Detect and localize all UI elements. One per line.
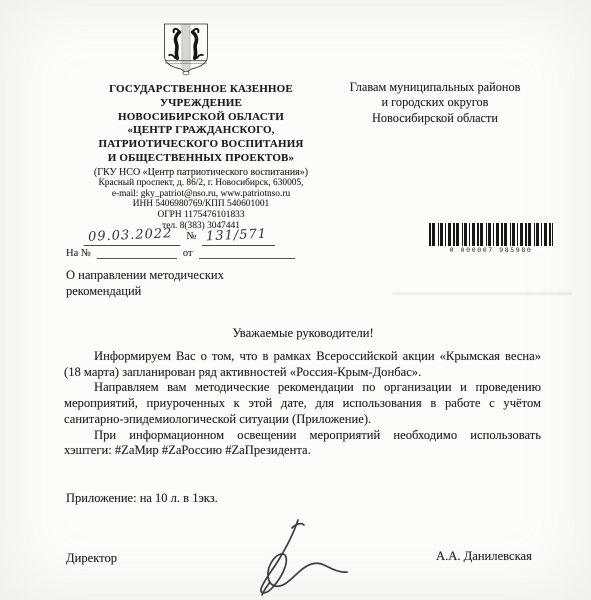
handwritten-signature-icon (240, 516, 350, 600)
subject-line: рекомендаций (66, 284, 286, 300)
org-inn-kpp: ИНН 5406980769/КПП 540601001 (38, 199, 364, 210)
salutation: Уважаемые руководители! (64, 326, 542, 341)
org-name-line: «ЦЕНТР ГРАЖДАНСКОГО, (38, 124, 364, 138)
body-paragraph-1: Информируем Вас о том, что в рамках Всер… (64, 349, 541, 380)
registration-barcode: 0 000007 985980 (429, 223, 553, 254)
org-name-line: И ОБЩЕСТВЕННЫХ ПРОЕКТОВ» (38, 152, 364, 166)
novosibirsk-coat-of-arms-icon (162, 21, 210, 77)
org-name-line: НОВОСИБИРСКОЙ ОБЛАСТИ (38, 111, 364, 125)
org-name-line: ПАТРИОТИЧЕСКОГО ВОСПИТАНИЯ (38, 138, 364, 152)
scanned-letter-page: ГОСУДАРСТВЕННОЕ КАЗЕННОЕ УЧРЕЖДЕНИЕ НОВО… (0, 0, 591, 600)
addressee-line: и городских округов (336, 95, 534, 110)
org-email-website: e-mail: gky_patriot@nso.ru, www.patriotn… (38, 189, 364, 200)
signer-name: А.А. Данилевская (436, 549, 546, 564)
body-paragraph-2: Направляем вам методические рекомендации… (64, 380, 541, 427)
ref-number-blank (97, 247, 177, 259)
outgoing-registration-line: 09.03.2022 № 131/571 (84, 226, 334, 246)
letter-body: Информируем Вас о том, что в рамках Всер… (64, 349, 541, 459)
incoming-reference-line: На №от (66, 247, 301, 259)
number-sign: № (186, 231, 196, 242)
body-paragraph-3: При информационном освещении мероприятий… (64, 428, 541, 459)
org-ogrn: ОГРН 1175476101833 (38, 210, 364, 221)
signer-title: Директор (66, 551, 117, 566)
attachment-note: Приложение: на 10 л. в 1экз. (66, 491, 218, 506)
subject-line: О направлении методических (66, 268, 286, 284)
org-abbreviation: (ГКУ НСО «Центр патриотического воспитан… (38, 167, 364, 179)
letter-subject: О направлении методических рекомендаций (66, 268, 286, 299)
letterhead-org-block: ГОСУДАРСТВЕННОЕ КАЗЕННОЕ УЧРЕЖДЕНИЕ НОВО… (38, 83, 364, 231)
addressee-line: Новосибирской области (336, 111, 534, 126)
addressee-line: Главам муниципальных районов (336, 80, 534, 95)
addressee-block: Главам муниципальных районов и городских… (336, 80, 534, 126)
handwritten-number: 131/571 (206, 227, 268, 245)
handwritten-date: 09.03.2022 (88, 226, 173, 245)
barcode-digits: 0 000007 985980 (429, 246, 553, 254)
ref-from-label: от (183, 248, 193, 259)
org-name-line: УЧРЕЖДЕНИЕ (38, 97, 364, 111)
scan-artifact (392, 292, 572, 295)
org-address: Красный проспект, д. 86/2, г. Новосибирс… (38, 178, 364, 189)
ref-date-blank (199, 247, 295, 259)
org-name-line: ГОСУДАРСТВЕННОЕ КАЗЕННОЕ (38, 83, 364, 97)
ref-prefix-label: На № (66, 248, 91, 259)
